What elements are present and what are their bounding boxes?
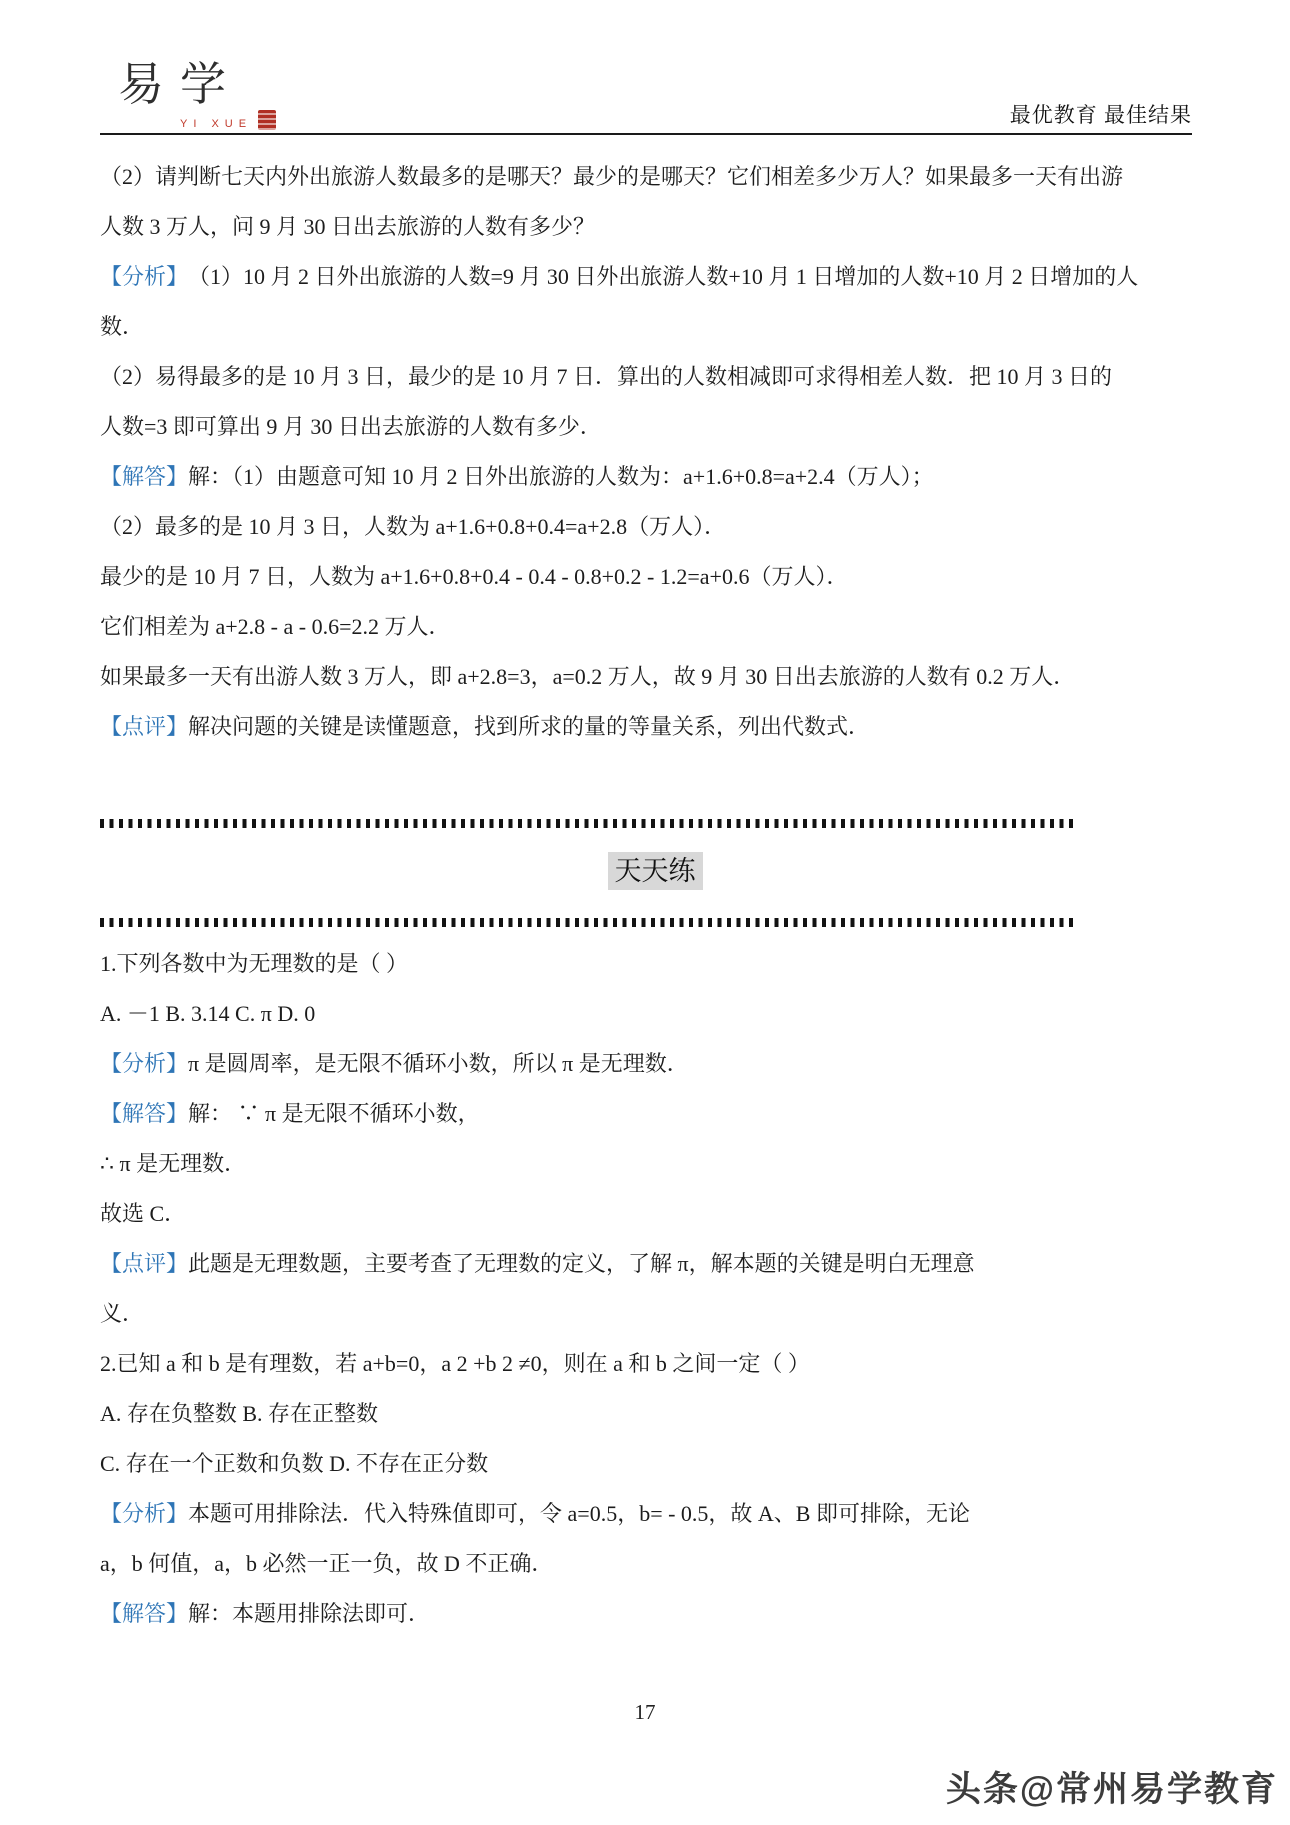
text-line: C. 存在一个正数和负数 D. 不存在正分数	[100, 1437, 1210, 1487]
section-title: 天天练	[608, 852, 703, 890]
document-body: （2）请判断七天内外出旅游人数最多的是哪天？最少的是哪天？它们相差多少万人？如果…	[100, 150, 1210, 1637]
text-line: 它们相差为 a+2.8 - a - 0.6=2.2 万人．	[100, 600, 1210, 650]
text-line: 数．	[100, 300, 1210, 350]
label-tag: 【分析】	[100, 260, 188, 291]
line-text: 此题是无理数题，主要考查了无理数的定义，了解 π，解本题的关键是明白无理意	[188, 1247, 975, 1278]
text-line: （2）易得最多的是 10 月 3 日，最少的是 10 月 7 日．算出的人数相减…	[100, 350, 1210, 400]
text-line: ∴ π 是无理数．	[100, 1137, 1210, 1187]
text-line: 义．	[100, 1287, 1210, 1337]
line-text: A. 存在负整数 B. 存在正整数	[100, 1397, 378, 1428]
watermark: 头条@常州易学教育	[946, 1762, 1278, 1812]
text-line: 人数 3 万人，问 9 月 30 日出去旅游的人数有多少？	[100, 200, 1210, 250]
problem-solution-block: （2）请判断七天内外出旅游人数最多的是哪天？最少的是哪天？它们相差多少万人？如果…	[100, 150, 1210, 750]
line-text: 解决问题的关键是读懂题意，找到所求的量的等量关系，列出代数式．	[188, 710, 870, 741]
line-text: 人数=3 即可算出 9 月 30 日出去旅游的人数有多少．	[100, 410, 602, 441]
text-line: a，b 何值，a，b 必然一正一负，故 D 不正确．	[100, 1537, 1210, 1587]
dotted-separator	[100, 819, 1078, 828]
line-text: （2）易得最多的是 10 月 3 日，最少的是 10 月 7 日．算出的人数相减…	[100, 360, 1112, 391]
line-text: 它们相差为 a+2.8 - a - 0.6=2.2 万人．	[100, 610, 451, 641]
line-text: A. －1 B. 3.14 C. π D. 0	[100, 997, 315, 1028]
line-text: 本题可用排除法．代入特殊值即可，令 a=0.5，b= - 0.5，故 A、B 即…	[188, 1497, 970, 1528]
text-line: 2.已知 a 和 b 是有理数，若 a+b=0，a 2 +b 2 ≠0，则在 a…	[100, 1337, 1210, 1387]
text-line: A. －1 B. 3.14 C. π D. 0	[100, 987, 1210, 1037]
label-tag: 【点评】	[100, 710, 188, 741]
text-line: 【分析】 本题可用排除法．代入特殊值即可，令 a=0.5，b= - 0.5，故 …	[100, 1487, 1210, 1537]
text-line: A. 存在负整数 B. 存在正整数	[100, 1387, 1210, 1437]
dotted-separator	[100, 918, 1078, 927]
seal-stamp-icon	[258, 110, 276, 130]
label-tag: 【解答】	[100, 460, 188, 491]
line-text: 2.已知 a 和 b 是有理数，若 a+b=0，a 2 +b 2 ≠0，则在 a…	[100, 1347, 810, 1378]
logo-characters: 易学	[118, 62, 276, 108]
label-tag: 【点评】	[100, 1247, 188, 1278]
line-text: 解：本题用排除法即可．	[188, 1597, 430, 1628]
line-text: ∴ π 是无理数．	[100, 1147, 246, 1178]
line-text: a，b 何值，a，b 必然一正一负，故 D 不正确．	[100, 1547, 553, 1578]
line-text: 义．	[100, 1297, 144, 1328]
page-number: 17	[635, 1700, 656, 1725]
line-text: 数．	[100, 310, 144, 341]
line-text: 如果最多一天有出游人数 3 万人，即 a+2.8=3，a=0.2 万人，故 9 …	[100, 660, 1075, 691]
text-line: 【解答】 解： ∵ π 是无限不循环小数，	[100, 1087, 1210, 1137]
label-tag: 【分析】	[100, 1497, 188, 1528]
text-line: （2）最多的是 10 月 3 日，人数为 a+1.6+0.8+0.4=a+2.8…	[100, 500, 1210, 550]
line-text: 解： ∵ π 是无限不循环小数，	[188, 1097, 480, 1128]
text-line: 人数=3 即可算出 9 月 30 日出去旅游的人数有多少．	[100, 400, 1210, 450]
line-text: 人数 3 万人，问 9 月 30 日出去旅游的人数有多少？	[100, 210, 595, 241]
text-line: 【解答】 解：（1）由题意可知 10 月 2 日外出旅游的人数为：a+1.6+0…	[100, 450, 1210, 500]
text-line: 故选 C．	[100, 1187, 1210, 1237]
label-tag: 【分析】	[100, 1047, 188, 1078]
header-slogan: 最优教育 最佳结果	[1010, 99, 1192, 129]
text-line: 【分析】 π 是圆周率，是无限不循环小数，所以 π 是无理数．	[100, 1037, 1210, 1087]
line-text: （1）10 月 2 日外出旅游的人数=9 月 30 日外出旅游人数+10 月 1…	[188, 260, 1138, 291]
text-line: 最少的是 10 月 7 日，人数为 a+1.6+0.8+0.4 - 0.4 - …	[100, 550, 1210, 600]
section-title-row: 天天练	[100, 850, 1210, 892]
text-line: 1.下列各数中为无理数的是（ ）	[100, 937, 1210, 987]
page-header: 易学 YI XUE 最优教育 最佳结果	[100, 0, 1192, 135]
label-tag: 【解答】	[100, 1597, 188, 1628]
practice-questions-block: 1.下列各数中为无理数的是（ ） A. －1 B. 3.14 C. π D. 0…	[100, 937, 1210, 1637]
line-text: C. 存在一个正数和负数 D. 不存在正分数	[100, 1447, 488, 1478]
line-text: 解：（1）由题意可知 10 月 2 日外出旅游的人数为：a+1.6+0.8=a+…	[188, 460, 934, 491]
text-line: （2）请判断七天内外出旅游人数最多的是哪天？最少的是哪天？它们相差多少万人？如果…	[100, 150, 1210, 200]
text-line: 【分析】 （1）10 月 2 日外出旅游的人数=9 月 30 日外出旅游人数+1…	[100, 250, 1210, 300]
text-line: 如果最多一天有出游人数 3 万人，即 a+2.8=3，a=0.2 万人，故 9 …	[100, 650, 1210, 700]
document-page: 易学 YI XUE 最优教育 最佳结果 （2）请判断七天内外出旅游人数最多的是哪…	[0, 0, 1290, 1825]
brand-logo: 易学 YI XUE	[118, 62, 276, 130]
line-text: （2）请判断七天内外出旅游人数最多的是哪天？最少的是哪天？它们相差多少万人？如果…	[100, 160, 1123, 191]
text-line: 【解答】 解：本题用排除法即可．	[100, 1587, 1210, 1637]
line-text: 1.下列各数中为无理数的是（ ）	[100, 947, 408, 978]
logo-pinyin: YI XUE	[180, 119, 252, 130]
line-text: π 是圆周率，是无限不循环小数，所以 π 是无理数．	[188, 1047, 689, 1078]
line-text: （2）最多的是 10 月 3 日，人数为 a+1.6+0.8+0.4=a+2.8…	[100, 510, 726, 541]
text-line: 【点评】 此题是无理数题，主要考查了无理数的定义，了解 π，解本题的关键是明白无…	[100, 1237, 1210, 1287]
logo-subline: YI XUE	[180, 110, 276, 130]
line-text: 最少的是 10 月 7 日，人数为 a+1.6+0.8+0.4 - 0.4 - …	[100, 560, 848, 591]
label-tag: 【解答】	[100, 1097, 188, 1128]
text-line: 【点评】 解决问题的关键是读懂题意，找到所求的量的等量关系，列出代数式．	[100, 700, 1210, 750]
line-text: 故选 C．	[100, 1197, 186, 1228]
